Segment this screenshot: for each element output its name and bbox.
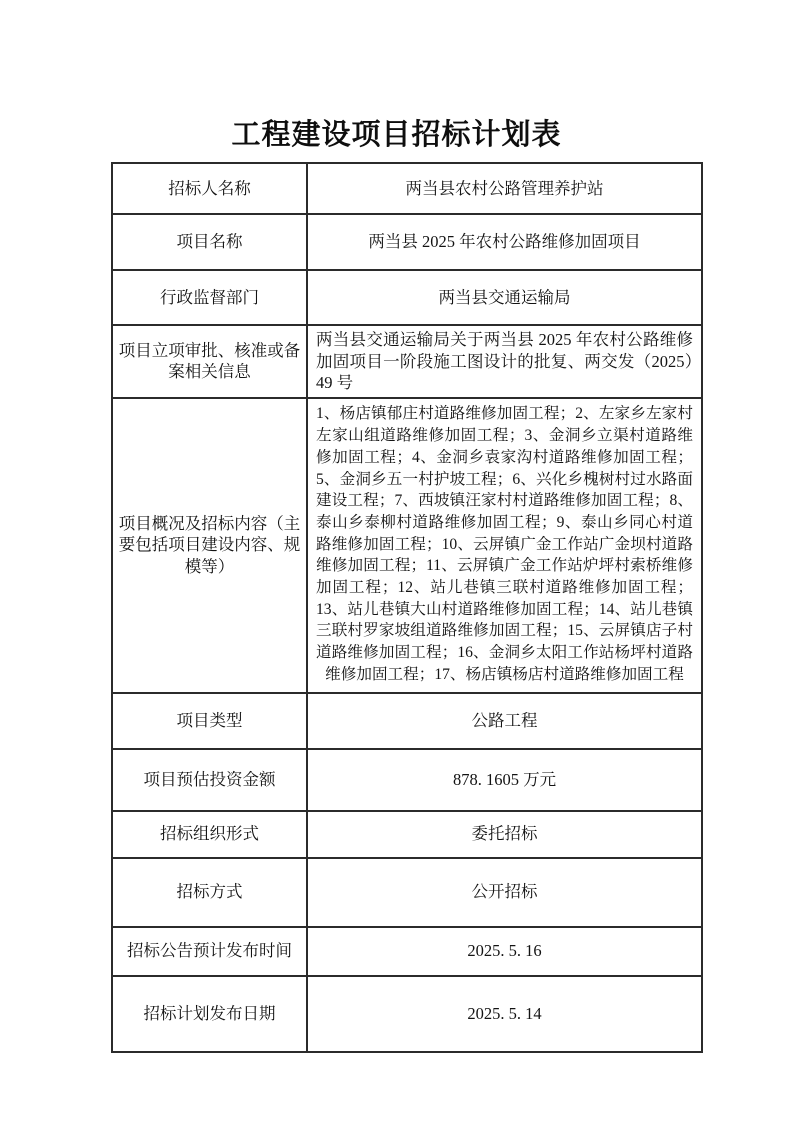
- row-value-supervision-dept: 两当县交通运输局: [307, 270, 702, 325]
- document-page: 工程建设项目招标计划表 招标人名称 两当县农村公路管理养护站 项目名称 两当县 …: [0, 0, 793, 1122]
- row-label-plan-publish-date: 招标计划发布日期: [112, 976, 307, 1052]
- row-label-estimated-investment: 项目预估投资金额: [112, 749, 307, 811]
- table-row-bidder-name: 招标人名称 两当县农村公路管理养护站: [112, 163, 702, 214]
- table-row-project-name: 项目名称 两当县 2025 年农村公路维修加固项目: [112, 214, 702, 270]
- row-value-bidding-method: 公开招标: [307, 858, 702, 927]
- table-row-organization-form: 招标组织形式 委托招标: [112, 811, 702, 858]
- row-value-project-type: 公路工程: [307, 693, 702, 749]
- table-row-announcement-time: 招标公告预计发布时间 2025. 5. 16: [112, 927, 702, 976]
- row-label-bidder-name: 招标人名称: [112, 163, 307, 214]
- row-label-announcement-time: 招标公告预计发布时间: [112, 927, 307, 976]
- table-row-plan-publish-date: 招标计划发布日期 2025. 5. 14: [112, 976, 702, 1052]
- table-row-project-overview: 项目概况及招标内容（主要包括项目建设内容、规模等） 1、杨店镇郁庄村道路维修加固…: [112, 398, 702, 693]
- row-label-supervision-dept: 行政监督部门: [112, 270, 307, 325]
- table-row-supervision-dept: 行政监督部门 两当县交通运输局: [112, 270, 702, 325]
- row-label-project-type: 项目类型: [112, 693, 307, 749]
- row-label-bidding-method: 招标方式: [112, 858, 307, 927]
- row-label-project-name: 项目名称: [112, 214, 307, 270]
- table-row-bidding-method: 招标方式 公开招标: [112, 858, 702, 927]
- row-value-approval-info: 两当县交通运输局关于两当县 2025 年农村公路维修加固项目一阶段施工图设计的批…: [307, 325, 702, 398]
- row-value-announcement-time: 2025. 5. 16: [307, 927, 702, 976]
- row-value-plan-publish-date: 2025. 5. 14: [307, 976, 702, 1052]
- row-value-organization-form: 委托招标: [307, 811, 702, 858]
- row-label-approval-info: 项目立项审批、核准或备案相关信息: [112, 325, 307, 398]
- row-label-project-overview: 项目概况及招标内容（主要包括项目建设内容、规模等）: [112, 398, 307, 693]
- page-title: 工程建设项目招标计划表: [0, 112, 793, 153]
- row-value-bidder-name: 两当县农村公路管理养护站: [307, 163, 702, 214]
- table-row-approval-info: 项目立项审批、核准或备案相关信息 两当县交通运输局关于两当县 2025 年农村公…: [112, 325, 702, 398]
- bidding-plan-table: 招标人名称 两当县农村公路管理养护站 项目名称 两当县 2025 年农村公路维修…: [111, 162, 703, 1053]
- row-value-project-name: 两当县 2025 年农村公路维修加固项目: [307, 214, 702, 270]
- row-value-project-overview: 1、杨店镇郁庄村道路维修加固工程；2、左家乡左家村左家山组道路维修加固工程；3、…: [307, 398, 702, 693]
- table-row-estimated-investment: 项目预估投资金额 878. 1605 万元: [112, 749, 702, 811]
- row-value-estimated-investment: 878. 1605 万元: [307, 749, 702, 811]
- table-row-project-type: 项目类型 公路工程: [112, 693, 702, 749]
- row-label-organization-form: 招标组织形式: [112, 811, 307, 858]
